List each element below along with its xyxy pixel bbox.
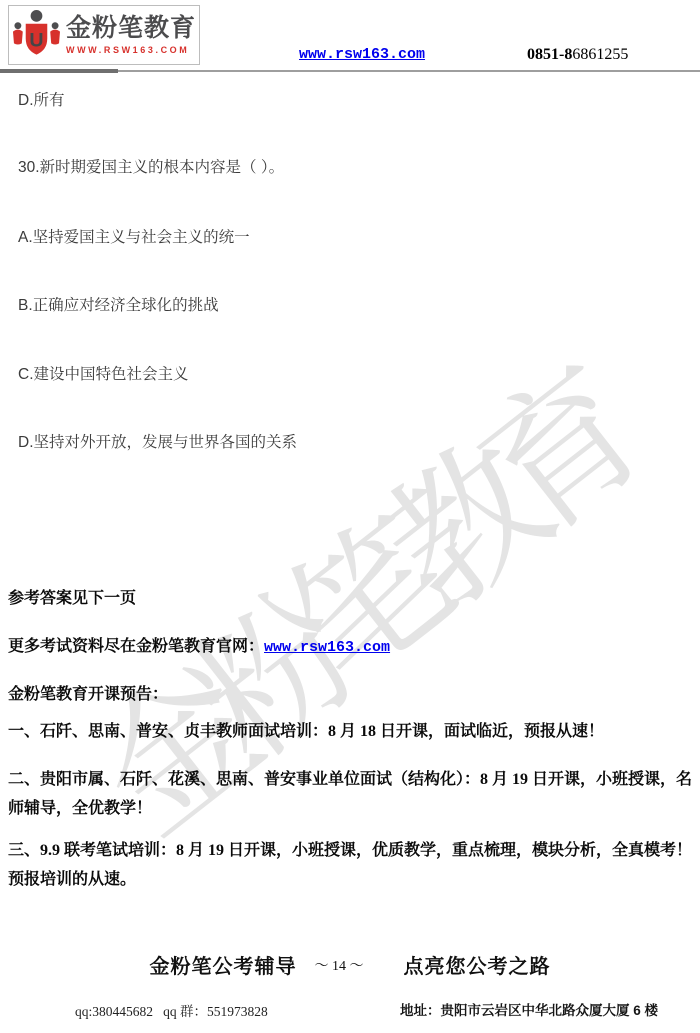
announcement-1: 一、石阡、思南、普安、贞丰教师面试培训：8 月 18 日开课，面试临近，预报从速…	[8, 717, 692, 746]
question-30: 30.新时期爱国主义的根本内容是（ ）。	[18, 155, 284, 177]
answer-note: 参考答案见下一页	[8, 585, 136, 608]
more-resources-text: 更多考试资料尽在金粉笔教育官网：	[8, 638, 264, 655]
header-divider-light-segment	[118, 70, 700, 72]
footer-slogan: 点亮您公考之路	[404, 950, 551, 979]
option-c: C.建设中国特色社会主义	[18, 362, 189, 384]
header-phone-prefix: 0851-8	[527, 46, 572, 63]
footer-address: 地址：贵阳市云岩区中华北路众厦大厦 6 楼	[400, 999, 658, 1019]
footer-brand: 金粉笔公考辅导	[150, 950, 297, 979]
announcement-2: 二、贵阳市属、石阡、花溪、思南、普安事业单位面试（结构化）：8 月 19 日开课…	[8, 765, 692, 823]
header-website-link[interactable]: www.rsw163.com	[299, 46, 425, 63]
brand-people-icon: U	[12, 7, 61, 63]
logo-brand-name: 金粉笔教育	[66, 15, 196, 41]
option-b: B.正确应对经济全球化的挑战	[18, 293, 219, 315]
header-phone: 0851-86861255	[527, 46, 628, 64]
schedule-title: 金粉笔教育开课预告：	[8, 681, 168, 704]
announcement-3: 三、9.9 联考笔试培训：8 月 19 日开课，小班授课，优质教学，重点梳理，模…	[8, 836, 692, 894]
footer-banner: 金粉笔公考辅导 ～ 14 ～ 点亮您公考之路	[0, 950, 700, 979]
logo: U 金粉笔教育 WWW.RSW163.COM	[8, 5, 200, 65]
logo-website: WWW.RSW163.COM	[66, 45, 196, 55]
option-d-previous: D.所有	[18, 88, 65, 110]
official-site-link[interactable]: www.rsw163.com	[264, 639, 390, 656]
svg-text:U: U	[29, 29, 43, 51]
header-phone-suffix: 6861255	[572, 46, 628, 63]
footer-qq-contacts: qq:380445682 qq 群：551973828	[75, 1000, 268, 1020]
option-a: A.坚持爱国主义与社会主义的统一	[18, 225, 250, 247]
header-divider	[0, 69, 700, 74]
header-divider-dark-segment	[0, 69, 118, 73]
logo-text: 金粉笔教育 WWW.RSW163.COM	[66, 15, 196, 54]
more-resources-line: 更多考试资料尽在金粉笔教育官网：www.rsw163.com	[8, 633, 390, 656]
page-number: ～ 14 ～	[315, 955, 364, 975]
option-d: D.坚持对外开放，发展与世界各国的关系	[18, 430, 297, 452]
